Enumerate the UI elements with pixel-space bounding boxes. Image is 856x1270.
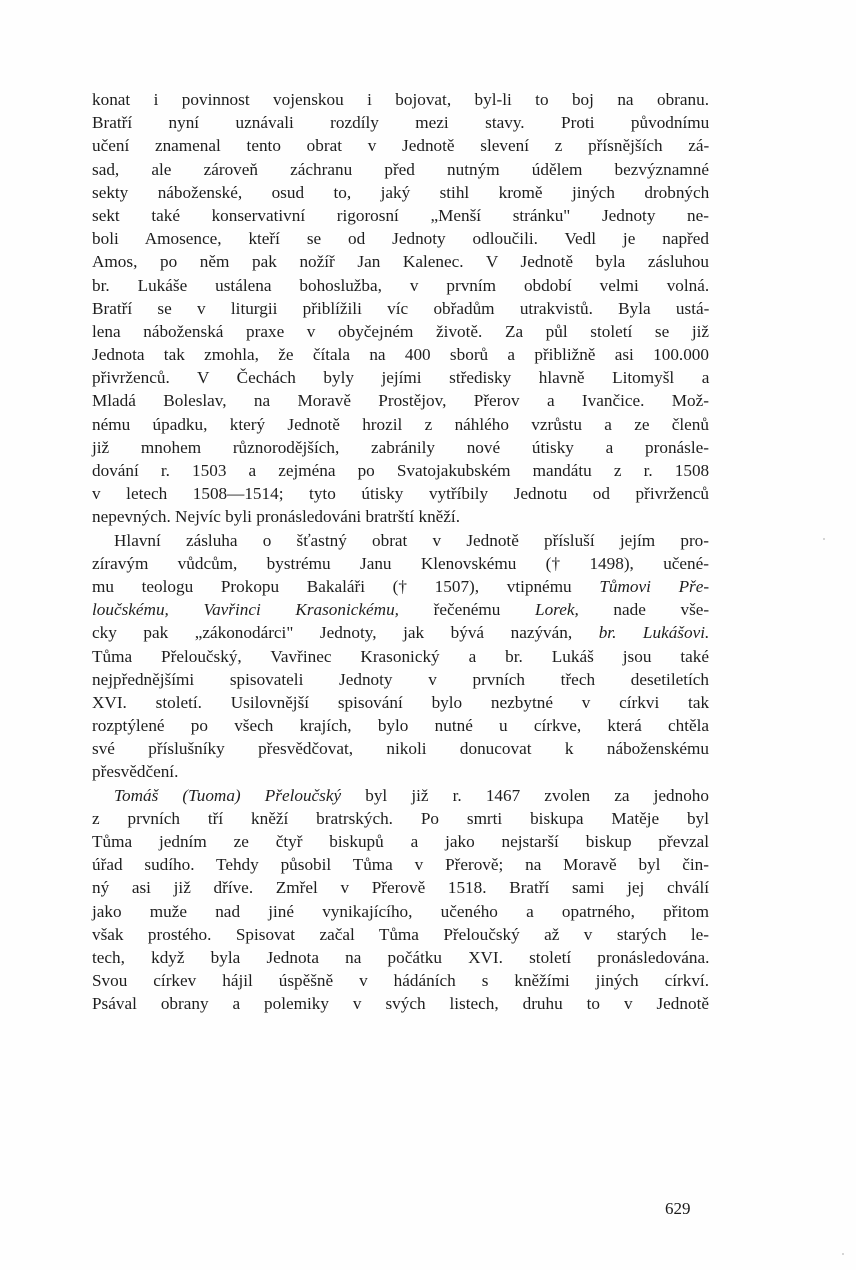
text-run: nade vše-: [579, 600, 709, 619]
text-line: boli Amosence, kteří se od Jednoty odlou…: [92, 227, 709, 250]
text-line: již mnohem různorodějších, zabránily nov…: [92, 436, 709, 459]
italic-name: Lorek,: [535, 600, 579, 619]
text-line: z prvních tří kněží bratrských. Po smrti…: [92, 807, 709, 830]
text-line: Bratří se v liturgii přiblížili víc obřa…: [92, 297, 709, 320]
text-line: zíravým vůdcům, bystrému Janu Klenovském…: [92, 552, 709, 575]
text-line: Jednota tak zmohla, že čítala na 400 sbo…: [92, 343, 709, 366]
text-line: XVI. století. Usilovnější spisování bylo…: [92, 691, 709, 714]
text-line: úřad sudího. Tehdy působil Tůma v Přerov…: [92, 853, 709, 876]
text-line: Tůma Přeloučský, Vavřinec Krasonický a b…: [92, 645, 709, 668]
text-run: cky pak „zákonodárci" Jednoty, jak bývá …: [92, 623, 599, 642]
text-line: jako muže nad jiné vynikajícího, učeného…: [92, 900, 709, 923]
text-line: Amos, po něm pak nožíř Jan Kalenec. V Je…: [92, 250, 709, 273]
text-line: Tůma jedním ze čtyř biskupů a jako nejst…: [92, 830, 709, 853]
text-line: sekty náboženské, osud to, jaký stihl kr…: [92, 181, 709, 204]
text-line: Hlavní zásluha o šťastný obrat v Jednotě…: [92, 529, 709, 552]
text-line: Mladá Boleslav, na Moravě Prostějov, Pře…: [92, 389, 709, 412]
text-line: Bratří nyní uznávali rozdíly mezi stavy.…: [92, 111, 709, 134]
text-line: v letech 1508—1514; tyto útisky vytříbil…: [92, 482, 709, 505]
italic-name: Tomáš (Tuoma) Přeloučský: [114, 786, 341, 805]
text-line: ný asi již dříve. Zmřel v Přerově 1518. …: [92, 876, 709, 899]
text-line: Psával obrany a polemiky v svých listech…: [92, 992, 709, 1015]
text-line: tech, když byla Jednota na počátku XVI. …: [92, 946, 709, 969]
text-line: loučskému, Vavřinci Krasonickému, řečené…: [92, 598, 709, 621]
text-line: mu teologu Prokopu Bakaláři († 1507), vt…: [92, 575, 709, 598]
scan-speck: [823, 538, 825, 540]
text-line: Tomáš (Tuoma) Přeloučský byl již r. 1467…: [92, 784, 709, 807]
paragraph-2: Hlavní zásluha o šťastný obrat v Jednotě…: [92, 529, 709, 784]
text-line: učení znamenal tento obrat v Jednotě sle…: [92, 134, 709, 157]
italic-name: Tůmovi Pře-: [599, 577, 709, 596]
italic-name: br. Lukášovi.: [599, 623, 710, 642]
page-number: 629: [665, 1199, 691, 1219]
text-run: mu teologu Prokopu Bakaláři († 1507), vt…: [92, 577, 599, 596]
body-text: konat i povinnost vojenskou i bojovat, b…: [92, 88, 709, 1016]
text-line: dování r. 1503 a zejména po Svatojakubsk…: [92, 459, 709, 482]
text-line: cky pak „zákonodárci" Jednoty, jak bývá …: [92, 621, 709, 644]
text-line: přivrženců. V Čechách byly jejími středi…: [92, 366, 709, 389]
scan-speck: [842, 1253, 844, 1255]
text-line: rozptýlené po všech krajích, bylo nutné …: [92, 714, 709, 737]
text-line: své příslušníky přesvědčovat, nikoli don…: [92, 737, 709, 760]
text-line: br. Lukáše ustálena bohoslužba, v prvním…: [92, 274, 709, 297]
text-line: konat i povinnost vojenskou i bojovat, b…: [92, 88, 709, 111]
italic-name: loučskému, Vavřinci Krasonickému,: [92, 600, 399, 619]
document-page: konat i povinnost vojenskou i bojovat, b…: [0, 0, 856, 1270]
text-run: řečenému: [399, 600, 535, 619]
text-line: přesvědčení.: [92, 760, 709, 783]
text-line: sekt také konservativní rigorosní „Menší…: [92, 204, 709, 227]
paragraph-3: Tomáš (Tuoma) Přeloučský byl již r. 1467…: [92, 784, 709, 1016]
text-line: nému úpadku, který Jednotě hrozil z náhl…: [92, 413, 709, 436]
text-line: sad, ale zároveň záchranu před nutným úd…: [92, 158, 709, 181]
text-line: však prostého. Spisovat začal Tůma Přelo…: [92, 923, 709, 946]
text-run: byl již r. 1467 zvolen za jednoho: [341, 786, 709, 805]
text-line: nejpřednějšími spisovateli Jednoty v prv…: [92, 668, 709, 691]
paragraph-1: konat i povinnost vojenskou i bojovat, b…: [92, 88, 709, 529]
text-line: lena náboženská praxe v obyčejném životě…: [92, 320, 709, 343]
text-line: Svou církev hájil úspěšně v hádáních s k…: [92, 969, 709, 992]
text-line: nepevných. Nejvíc byli pronásledováni br…: [92, 505, 709, 528]
